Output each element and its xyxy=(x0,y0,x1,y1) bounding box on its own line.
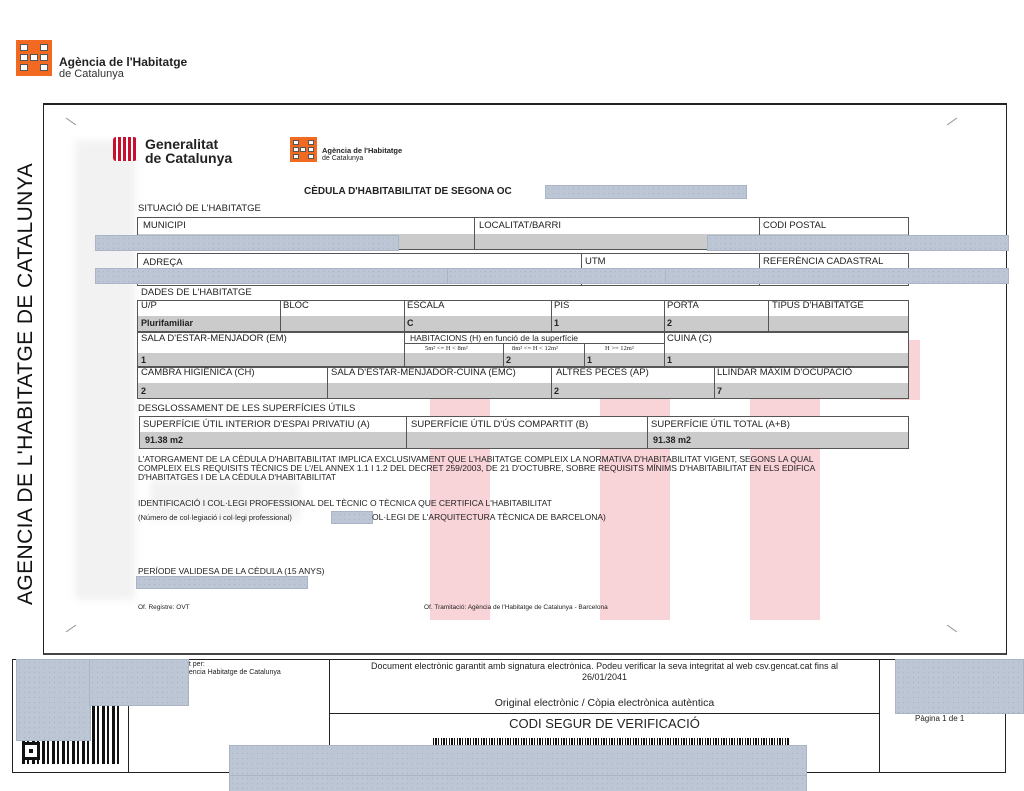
side-agency-text: AGENCIA DE L'HABITATGE DE CATALUNYA xyxy=(14,163,38,605)
watermark-shape xyxy=(75,140,135,600)
pis-label: PIS xyxy=(554,300,569,311)
em-value: 1 xyxy=(141,355,146,365)
ch-label: CAMBRA HIGIÈNICA (CH) xyxy=(141,367,255,378)
redacted-collegiat-number xyxy=(331,511,373,524)
codi-postal-label: CODI POSTAL xyxy=(763,220,826,231)
escala-value: C xyxy=(407,318,414,328)
section-superficies: DESGLOSSAMENT DE LES SUPERFÍCIES ÚTILS xyxy=(138,403,355,414)
redacted-page-info xyxy=(895,659,1024,714)
redacted-csv-code-2 xyxy=(229,775,807,791)
divider xyxy=(768,300,769,332)
up-value: Plurifamiliar xyxy=(141,318,193,328)
divider xyxy=(327,367,328,399)
superficie-total-label: SUPERFÍCIE ÚTIL TOTAL (A+B) xyxy=(651,419,790,430)
section-situacio: SITUACIÓ DE L'HABITATGE xyxy=(138,203,261,214)
tecnic-sub: (Número de col·legiació i col·legi profe… xyxy=(138,513,292,522)
signed-by-line2: gencia Habitatge de Catalunya xyxy=(185,669,281,676)
ap-label: ALTRES PECES (AP) xyxy=(556,367,649,378)
agency-subname: de Catalunya xyxy=(59,68,124,80)
notice-date: 26/01/2041 xyxy=(332,672,877,683)
porta-value: 2 xyxy=(667,318,672,328)
page-number: Pàgina 1 de 1 xyxy=(915,714,964,723)
divider xyxy=(584,343,585,367)
municipi-label: MUNICIPI xyxy=(143,220,186,231)
superficie-a-label: SUPERFÍCIE ÚTIL INTERIOR D'ESPAI PRIVATI… xyxy=(143,419,370,430)
divider xyxy=(664,332,665,367)
llindar-value: 7 xyxy=(717,386,722,396)
redacted-qr-top xyxy=(16,659,91,741)
legal-paragraph-line3: D'HABITATGES I DE LA CÈDULA D'HABITABILI… xyxy=(138,473,336,482)
dades-row1-values xyxy=(138,316,908,331)
divider xyxy=(404,332,405,367)
escala-label: ESCALA xyxy=(407,300,445,311)
tecnic-title: IDENTIFICACIÓ I COL·LEGI PROFESSIONAL DE… xyxy=(138,499,552,508)
dades-row2-values xyxy=(138,353,908,366)
qr-finder-icon xyxy=(22,742,40,760)
porta-label: PORTA xyxy=(667,300,699,311)
redacted-codi-postal xyxy=(707,235,1009,251)
llindar-label: LLINDAR MÀXIM D'OCUPACIÓ xyxy=(717,367,852,378)
gencat-name-line2: de Catalunya xyxy=(145,150,232,166)
ap-value: 2 xyxy=(554,386,559,396)
copy-type: Original electrònic / Còpia electrònica … xyxy=(332,697,877,709)
tecnic-college: OL·LEGI DE L'ARQUITECTURA TÈCNICA DE BAR… xyxy=(372,513,606,522)
hab-range-1: 5m² <= H < 8m² xyxy=(425,345,468,352)
redacted-signer xyxy=(89,659,189,706)
localitat-label: LOCALITAT/BARRI xyxy=(479,220,561,231)
divider xyxy=(503,343,504,367)
hab-value-2: 2 xyxy=(506,355,511,365)
document-title: CÈDULA D'HABITABILITAT DE SEGONA OC xyxy=(304,186,512,197)
divider xyxy=(714,367,715,399)
pis-value: 1 xyxy=(554,318,559,328)
superficie-b-label: SUPERFÍCIE ÚTIL D'ÚS COMPARTIT (B) xyxy=(411,419,588,430)
agency-logo-icon xyxy=(16,40,52,76)
dades-row3-values xyxy=(138,383,908,398)
hab-range-3: H >= 12m² xyxy=(605,345,634,352)
redacted-adreca xyxy=(95,268,449,284)
superficie-total-value: 91.38 m2 xyxy=(653,435,691,445)
adreca-label: ADREÇA xyxy=(143,257,183,268)
superficie-a-value: 91.38 m2 xyxy=(145,435,183,445)
divider xyxy=(647,416,648,449)
gencat-logo-icon xyxy=(113,137,137,161)
ch-value: 2 xyxy=(141,386,146,396)
ref-cadastral-label: REFERÈNCIA CADASTRAL xyxy=(763,256,883,267)
redacted-utm xyxy=(447,268,667,284)
redacted-csv-code xyxy=(229,745,807,777)
divider xyxy=(280,300,281,332)
verification-notice: Document electrònic garantit amb signatu… xyxy=(332,661,877,683)
bloc-label: BLOC xyxy=(283,300,309,311)
redacted-validesa-dates xyxy=(136,576,308,589)
divider xyxy=(551,300,552,332)
doc-agency-sub: de Catalunya xyxy=(322,155,363,162)
notice-line1: Document electrònic garantit amb signatu… xyxy=(332,661,877,672)
em-label: SALA D'ESTAR-MENJADOR (EM) xyxy=(141,333,287,344)
redacted-title-suffix xyxy=(545,185,747,199)
tipus-label: TIPUS D'HABITATGE xyxy=(772,300,864,311)
divider xyxy=(404,300,405,332)
doc-agency-name: Agència de l'Habitatge xyxy=(322,146,402,155)
section-dades: DADES DE L'HABITATGE xyxy=(141,287,252,298)
agency-name: Agència de l'Habitatge xyxy=(59,55,187,69)
csv-title: CODI SEGUR DE VERIFICACIÓ xyxy=(332,716,877,731)
divider xyxy=(664,300,665,332)
cuina-value: 1 xyxy=(667,355,672,365)
divider xyxy=(474,217,475,250)
validesa-label: PERÍODE VALIDESA DE LA CÈDULA (15 ANYS) xyxy=(138,567,324,576)
of-tramitacio: Of. Tramitació: Agència de l'Habitatge d… xyxy=(424,604,608,611)
divider xyxy=(551,367,552,399)
up-label: U/P xyxy=(141,300,157,311)
cuina-label: CUINA (C) xyxy=(667,333,712,344)
superficies-values xyxy=(140,432,908,448)
divider xyxy=(404,343,664,344)
redacted-ref-cadastral xyxy=(665,268,1009,284)
divider xyxy=(406,416,407,449)
habitacions-label: HABITACIONS (H) en funció de la superfíc… xyxy=(410,333,578,343)
hab-value-3: 1 xyxy=(587,355,592,365)
utm-label: UTM xyxy=(585,256,606,267)
of-registre: Of. Registre: OVT xyxy=(138,604,190,611)
emc-label: SALA D'ESTAR-MENJADOR-CUINA (EMC) xyxy=(331,367,516,378)
agency-logo-icon xyxy=(290,137,317,162)
redacted-municipi xyxy=(95,235,399,251)
hab-range-2: 8m² <= H < 12m² xyxy=(512,345,558,352)
